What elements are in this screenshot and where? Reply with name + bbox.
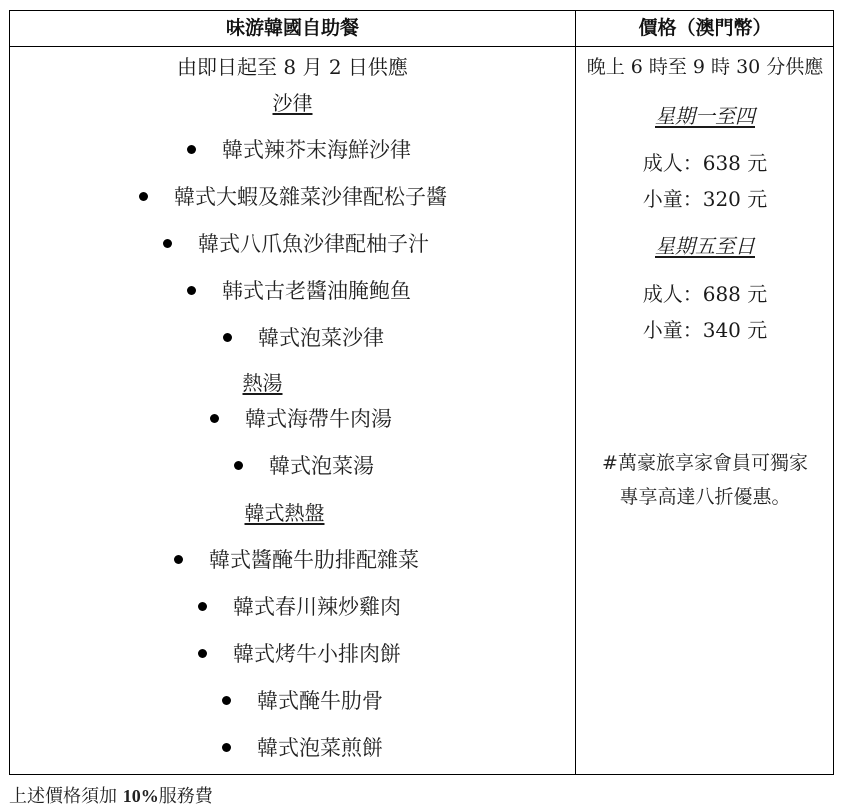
menu-item: 韓式泡菜沙律 [223, 324, 384, 352]
menu-item-label: 韓式泡菜沙律 [258, 326, 384, 350]
bullet-icon [163, 239, 172, 248]
section-title-hot-dishes-label: 韓式熱盤 [245, 501, 325, 525]
menu-item: 韓式辣芥末海鮮沙律 [187, 136, 411, 164]
weekday-adult-price: 成人：638 元 [576, 150, 834, 176]
bullet-icon [222, 743, 231, 752]
bullet-icon [174, 555, 183, 564]
menu-item-label: 韓式春川辣炒雞肉 [233, 595, 401, 619]
menu-item-label: 韓式八爪魚沙律配柚子汁 [198, 232, 429, 256]
menu-item-label: 韓式烤牛小排肉餅 [233, 642, 401, 666]
price-column-header: 價格（澳門幣） [576, 11, 834, 46]
section-title-salad: 沙律 [10, 90, 575, 116]
weekend-child-price: 小童：340 元 [576, 317, 834, 343]
bullet-icon [210, 414, 219, 423]
weekday-child-price: 小童：320 元 [576, 186, 834, 212]
member-note-line1: #萬豪旅享家會員可獨家 [576, 450, 834, 476]
service-charge-suffix: 服務費 [159, 786, 213, 807]
menu-item-label: 韓式醃牛肋骨 [257, 689, 383, 713]
menu-item: 韓式醬醃牛肋排配雜菜 [174, 546, 419, 574]
availability-text: 由即日起至 8 月 2 日供應 [10, 54, 575, 80]
header-divider [10, 46, 833, 47]
period-weekend-label: 星期五至日 [655, 234, 755, 258]
section-title-soup: 熱湯 [0, 370, 545, 396]
menu-item: 韓式春川辣炒雞肉 [198, 593, 401, 621]
menu-item: 韓式烤牛小排肉餅 [198, 640, 401, 668]
menu-column-header: 味游韓國自助餐 [10, 11, 575, 46]
service-charge-note: 上述價格須加 10%服務費 [9, 782, 213, 808]
service-charge-prefix: 上述價格須加 [9, 786, 123, 807]
section-title-hot-dishes: 韓式熱盤 [2, 500, 567, 526]
buffet-price-table: 味游韓國自助餐 價格（澳門幣） 由即日起至 8 月 2 日供應 沙律 韓式辣芥末… [9, 10, 834, 775]
period-weekend: 星期五至日 [576, 233, 834, 259]
menu-item: 韓式醃牛肋骨 [222, 687, 383, 715]
menu-item: 韓式泡菜湯 [234, 452, 374, 480]
menu-item-label: 韓式泡菜煎餅 [257, 736, 383, 760]
menu-item: 韓式泡菜煎餅 [222, 734, 383, 762]
bullet-icon [234, 461, 243, 470]
menu-item: 韓式八爪魚沙律配柚子汁 [163, 230, 429, 258]
menu-item-label: 韓式辣芥末海鮮沙律 [222, 138, 411, 162]
menu-item-label: 韓式海帶牛肉湯 [245, 407, 392, 431]
bullet-icon [198, 602, 207, 611]
member-note-line2: 專享高達八折優惠。 [576, 484, 834, 510]
menu-item-label: 韓式泡菜湯 [269, 454, 374, 478]
service-charge-percent: 10% [123, 786, 159, 806]
bullet-icon [223, 333, 232, 342]
bullet-icon [198, 649, 207, 658]
bullet-icon [187, 145, 196, 154]
period-weekday-label: 星期一至四 [655, 104, 755, 128]
bullet-icon [187, 286, 196, 295]
period-weekday: 星期一至四 [576, 103, 834, 129]
menu-item: 韓式海帶牛肉湯 [210, 405, 392, 433]
section-title-soup-label: 熱湯 [243, 371, 283, 395]
menu-item-label: 韓式醬醃牛肋排配雜菜 [209, 548, 419, 572]
menu-item-label: 韓式大蝦及雜菜沙律配松子醬 [174, 185, 447, 209]
menu-item: 韓式大蝦及雜菜沙律配松子醬 [139, 183, 447, 211]
section-title-salad-label: 沙律 [273, 91, 313, 115]
menu-item-label: 韩式古老醬油腌鲍鱼 [222, 279, 411, 303]
bullet-icon [139, 192, 148, 201]
bullet-icon [222, 696, 231, 705]
menu-item: 韩式古老醬油腌鲍鱼 [187, 277, 411, 305]
service-hours: 晚上 6 時至 9 時 30 分供應 [576, 54, 834, 80]
weekend-adult-price: 成人：688 元 [576, 281, 834, 307]
